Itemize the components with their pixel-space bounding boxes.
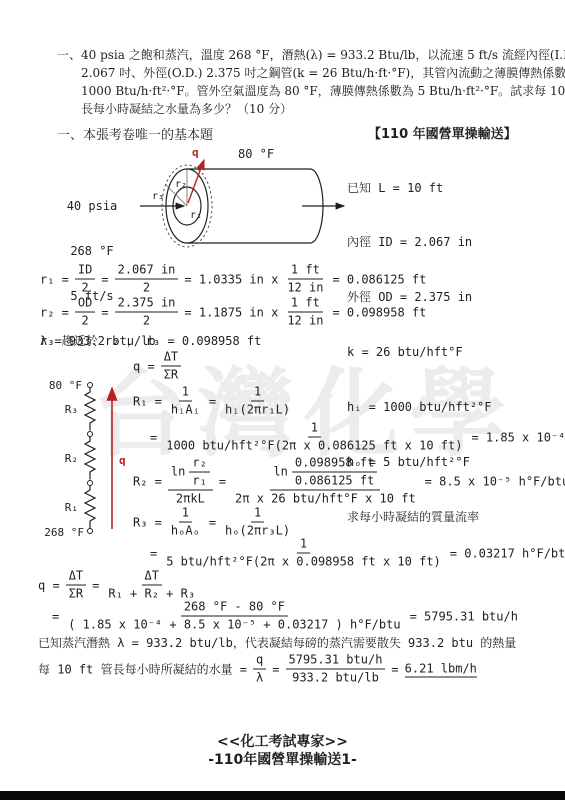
fraction: ln r₂r₁ 2πkL <box>168 456 213 507</box>
eq-q-total: q = ΔTΣR = ΔTR₁ + R₂ + R₃ <box>38 569 198 602</box>
equals-sign: = <box>209 394 216 408</box>
fraction-denominator: 5 btu/hft²°F(2π x 0.098958 ft x 10 ft) <box>163 554 444 570</box>
fraction-numerator: 2.067 in <box>115 263 179 280</box>
fraction-denominator: 2 <box>140 313 153 329</box>
eq-lhs: r₂ = <box>40 305 69 319</box>
fraction-denominator: 933.2 btu/lb <box>289 670 382 686</box>
eq-r1: r₁ = ID2 = 2.067 in2 = 1.0335 in x 1 ft1… <box>40 263 426 296</box>
fraction-numerator: ln r₂r₁ <box>168 456 213 491</box>
latent-heat-note: 已知蒸汽潛熱 λ = 933.2 btu/lb，代表凝結每磅的蒸汽需要散失 93… <box>38 634 516 651</box>
problem-line: 1000 Btu/h·ft²·°F。管外空氣溫度為 80 °F，薄膜傳熱係數為 … <box>57 82 549 100</box>
fraction: 15 btu/hft²°F(2π x 0.098958 ft x 10 ft) <box>163 537 444 570</box>
ladder-top-temp: 80 °F <box>49 379 82 392</box>
ladder-r2-label: R₂ <box>65 452 78 465</box>
ladder-q-label: q <box>119 454 126 467</box>
known-line: 已知 L = 10 ft <box>347 179 492 197</box>
ladder-r1-label: R₁ <box>65 501 78 514</box>
fraction-numerator: 2.375 in <box>115 296 179 313</box>
known-line: hᵢ = 1000 btu/hft²°F <box>347 398 492 416</box>
eq-result: = 0.03217 h°F/btu <box>450 546 565 560</box>
fraction: 268 °F - 80 °F( 1.85 x 10⁻⁴ + 8.5 x 10⁻⁵… <box>65 600 403 633</box>
ln-symbol: ln <box>171 465 185 480</box>
fraction-numerator: ID <box>75 263 95 280</box>
exam-source-tag: 【110 年國營單操輸送】 <box>368 123 517 142</box>
eq-mid: = 1.0335 in x <box>184 272 278 286</box>
eq-lhs: q = <box>133 359 155 373</box>
fraction-numerator: ΔT <box>66 569 86 586</box>
fraction-denominator: r₁ <box>189 473 209 489</box>
eq-result: = 0.098958 ft <box>332 305 426 319</box>
node-top <box>88 383 93 388</box>
known-line: k = 26 btu/hft°F <box>347 343 492 361</box>
fraction: ΔTΣR <box>66 569 86 602</box>
fraction-denominator: 0.086125 ft <box>292 473 377 489</box>
inlet-line: 40 psia <box>40 199 144 214</box>
fraction: qλ <box>253 653 266 686</box>
inlet-line: 268 °F <box>40 244 144 259</box>
pipe-diagram: q 80 °F r₂ r₃ r₁ <box>138 140 353 266</box>
eq-result: = 5795.31 btu/h <box>410 609 518 623</box>
known-line: 內徑 ID = 2.067 in <box>347 233 492 251</box>
eq-result: = 0.086125 ft <box>332 272 426 286</box>
fraction: ln 0.098958 ft0.086125 ft 2π x 26 btu/hf… <box>232 456 419 507</box>
fraction-denominator: λ <box>253 670 266 686</box>
fraction-numerator: ln 0.098958 ft0.086125 ft <box>270 456 380 491</box>
r3-label: r₃ <box>152 191 164 202</box>
eq-lhs: 每 10 ft 管長每小時所凝結的水量 = <box>38 661 247 678</box>
ladder-r3-label: R₃ <box>65 403 78 416</box>
fraction-numerator: 1 <box>308 421 321 438</box>
problem-line: 長每小時凝結之水量為多少？（10 分） <box>57 100 549 118</box>
fraction-numerator: 0.098958 ft <box>292 456 377 473</box>
fraction: 5795.31 btu/h933.2 btu/lb <box>286 653 386 686</box>
fraction-numerator: OD <box>75 296 95 313</box>
fraction-denominator: hᵢ(2πr₁L) <box>222 402 293 418</box>
problem-line: 2.067 吋、外徑(O.D.) 2.375 吋之鋼管(k = 26 Btu/h… <box>57 64 549 82</box>
equals-sign: = <box>219 474 226 488</box>
fraction-denominator: 12 in <box>284 280 326 296</box>
page-footer: <<化工考試專家>> -110年國營單操輸送1- <box>0 733 565 769</box>
ln-symbol: ln <box>273 465 287 480</box>
eq-R1-value: = 11000 btu/hft²°F(2π x 0.086125 ft x 10… <box>150 421 565 454</box>
eq-q-value: = 268 °F - 80 °F( 1.85 x 10⁻⁴ + 8.5 x 10… <box>52 600 518 633</box>
footer-brand: <<化工考試專家>> <box>0 733 565 751</box>
node-mid1 <box>88 432 93 437</box>
eq-R3-value: = 15 btu/hft²°F(2π x 0.098958 ft x 10 ft… <box>150 537 565 570</box>
fraction: 1hₒAₒ <box>168 506 203 539</box>
eq-R2: R₂ = ln r₂r₁ 2πkL = ln 0.098958 ft0.0861… <box>133 456 565 507</box>
node-bottom <box>88 529 93 534</box>
fraction-numerator: 1 <box>251 506 264 523</box>
r2-label: r₂ <box>175 179 187 190</box>
eq-lhs: R₂ = <box>133 474 162 488</box>
eq-r3-note: r₃ 趨近於 r₂ ， r₃ = 0.098958 ft <box>40 332 261 349</box>
fraction-denominator: 2 <box>79 280 92 296</box>
fraction-numerator: ΔT <box>142 569 162 586</box>
eq-R1: R₁ = 1hᵢAᵢ = 1hᵢ(2πr₁L) <box>133 385 293 418</box>
nested-fraction: r₂r₁ <box>189 456 209 489</box>
fraction-numerator: 1 <box>297 537 310 554</box>
equals-sign: = <box>92 578 99 592</box>
fraction-numerator: 268 °F - 80 °F <box>181 600 288 617</box>
eq-result: = 8.5 x 10⁻⁵ h°F/btu <box>425 474 565 488</box>
fraction-denominator: 2πkL <box>173 491 208 507</box>
fraction: 1hₒ(2πr₃L) <box>222 506 293 539</box>
fraction-denominator: 2π x 26 btu/hft°F x 10 ft <box>232 491 419 507</box>
eq-final-answer: 每 10 ft 管長每小時所凝結的水量 = qλ = 5795.31 btu/h… <box>38 653 477 686</box>
equals-sign: = <box>150 546 157 560</box>
eq-result: = 1.85 x 10⁻⁴ h°F/btu <box>471 430 565 444</box>
page-content: 一、40 psia 之飽和蒸汽，溫度 268 °F，潛熱(λ) = 933.2 … <box>0 0 565 800</box>
problem-statement: 一、40 psia 之飽和蒸汽，溫度 268 °F，潛熱(λ) = 933.2 … <box>57 46 549 118</box>
fraction-denominator: 12 in <box>284 313 326 329</box>
eq-mid: = 1.1875 in x <box>184 305 278 319</box>
equals-sign: = <box>101 272 108 286</box>
fraction: 2.067 in2 <box>115 263 179 296</box>
ambient-temp-label: 80 °F <box>238 147 274 161</box>
equals-sign: = <box>391 662 398 676</box>
fraction: ΔTR₁ + R₂ + R₃ <box>105 569 198 602</box>
fraction-denominator: 1000 btu/hft²°F(2π x 0.086125 ft x 10 ft… <box>163 438 465 454</box>
fraction-denominator: ( 1.85 x 10⁻⁴ + 8.5 x 10⁻⁵ + 0.03217 ) h… <box>65 617 403 633</box>
document-page: 台灣化學 一、40 psia 之飽和蒸汽，溫度 268 °F，潛熱(λ) = 9… <box>0 0 565 800</box>
scan-edge <box>0 791 565 800</box>
resistor-r2 <box>85 437 95 480</box>
fraction-denominator: 2 <box>79 313 92 329</box>
fraction-numerator: 1 ft <box>288 296 323 313</box>
equals-sign: = <box>209 515 216 529</box>
r1-label: r₁ <box>190 210 202 221</box>
fraction-numerator: 1 <box>179 506 192 523</box>
fraction-numerator: 1 ft <box>288 263 323 280</box>
fraction: OD2 <box>75 296 95 329</box>
fraction-numerator: q <box>253 653 266 670</box>
fraction: 1hᵢAᵢ <box>168 385 203 418</box>
fraction-numerator: ΔT <box>161 350 181 367</box>
eq-R3: R₃ = 1hₒAₒ = 1hₒ(2πr₃L) <box>133 506 293 539</box>
node-mid2 <box>88 481 93 486</box>
equals-sign: = <box>272 662 279 676</box>
eq-lhs: R₃ = <box>133 515 162 529</box>
eq-lhs: R₁ = <box>133 394 162 408</box>
ladder-bottom-temp: 268 °F <box>44 526 84 539</box>
resistor-r3 <box>85 388 95 431</box>
fraction: 1 ft12 in <box>284 296 326 329</box>
heat-flux-label: q <box>192 146 199 159</box>
nested-fraction: 0.098958 ft0.086125 ft <box>292 456 377 489</box>
problem-line: 一、40 psia 之飽和蒸汽，溫度 268 °F，潛熱(λ) = 933.2 … <box>57 46 549 64</box>
known-line: 求每小時凝結的質量流率 <box>347 508 492 526</box>
fraction: 11000 btu/hft²°F(2π x 0.086125 ft x 10 f… <box>163 421 465 454</box>
eq-r2: r₂ = OD2 = 2.375 in2 = 1.1875 in x 1 ft1… <box>40 296 426 329</box>
eq-lhs: r₁ = <box>40 272 69 286</box>
fraction: 1hᵢ(2πr₁L) <box>222 385 293 418</box>
fraction-numerator: 1 <box>179 385 192 402</box>
footer-page-label: -110年國營單操輸送1- <box>0 751 565 769</box>
fraction: 1 ft12 in <box>284 263 326 296</box>
fraction-numerator: r₂ <box>189 456 209 473</box>
equals-sign: = <box>52 609 59 623</box>
fraction-numerator: 5795.31 btu/h <box>286 653 386 670</box>
final-answer-value: 6.21 lbm/h <box>405 661 477 677</box>
equals-sign: = <box>150 430 157 444</box>
fraction: 2.375 in2 <box>115 296 179 329</box>
equals-sign: = <box>101 305 108 319</box>
resistor-r1 <box>85 486 95 529</box>
fraction: ID2 <box>75 263 95 296</box>
fraction-denominator: hᵢAᵢ <box>168 402 203 418</box>
fraction-denominator: 2 <box>140 280 153 296</box>
fraction-numerator: 1 <box>251 385 264 402</box>
eq-lhs: q = <box>38 578 60 592</box>
